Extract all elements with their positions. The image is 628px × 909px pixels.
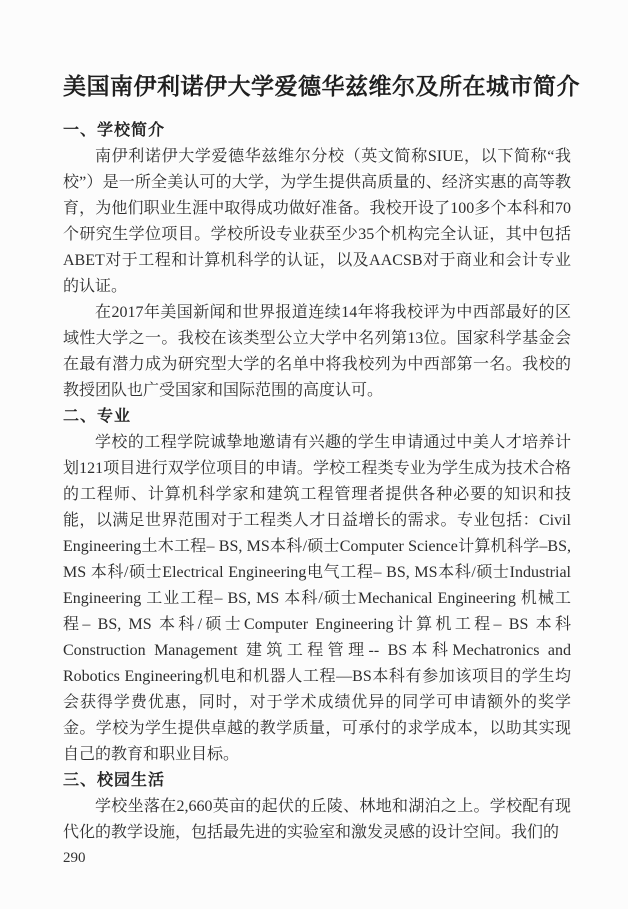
paragraph: 在2017年美国新闻和世界报道连续14年将我校评为中西部最好的区域性大学之一。我… bbox=[63, 300, 571, 404]
section-majors: 二、专业 学校的工程学院诚挚地邀请有兴趣的学生申请通过中美人才培养计划121项目… bbox=[63, 404, 571, 768]
section-heading-majors: 二、专业 bbox=[63, 404, 571, 430]
section-school-intro: 一、学校简介 南伊利诺伊大学爱德华兹维尔分校（英文简称SIUE，以下简称“我校”… bbox=[63, 118, 571, 404]
paragraph: 学校的工程学院诚挚地邀请有兴趣的学生申请通过中美人才培养计划121项目进行双学位… bbox=[63, 430, 571, 768]
page-number: 290 bbox=[63, 848, 571, 868]
document-title: 美国南伊利诺伊大学爱德华兹维尔及所在城市简介 bbox=[63, 70, 571, 104]
paragraph: 南伊利诺伊大学爱德华兹维尔分校（英文简称SIUE，以下简称“我校”）是一所全美认… bbox=[63, 144, 571, 300]
section-heading-campus-life: 三、校园生活 bbox=[63, 768, 571, 794]
paragraph: 学校坐落在2,660英亩的起伏的丘陵、林地和湖泊之上。学校配有现代化的教学设施，… bbox=[63, 794, 571, 846]
document-page: 美国南伊利诺伊大学爱德华兹维尔及所在城市简介 一、学校简介 南伊利诺伊大学爱德华… bbox=[0, 0, 628, 909]
section-heading-school-intro: 一、学校简介 bbox=[63, 118, 571, 144]
section-campus-life: 三、校园生活 学校坐落在2,660英亩的起伏的丘陵、林地和湖泊之上。学校配有现代… bbox=[63, 768, 571, 846]
document-content: 美国南伊利诺伊大学爱德华兹维尔及所在城市简介 一、学校简介 南伊利诺伊大学爱德华… bbox=[63, 0, 571, 868]
